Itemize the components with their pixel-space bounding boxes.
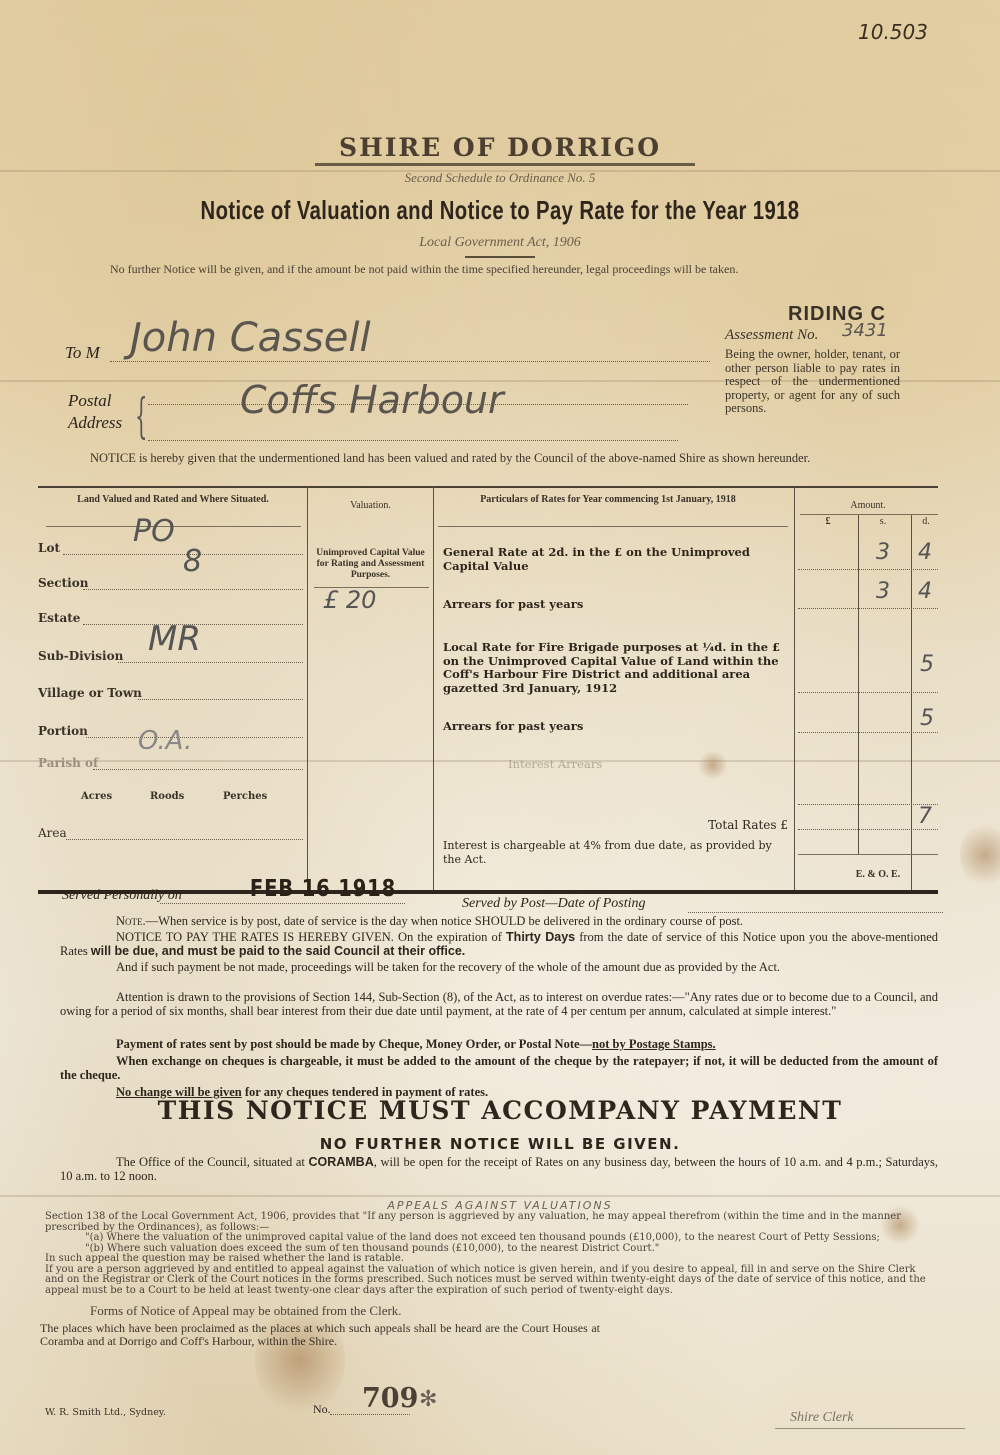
served-personally-label: Served Personally on xyxy=(62,888,182,904)
parish-line xyxy=(93,769,303,770)
ordinance-subtitle: Second Schedule to Ordinance No. 5 xyxy=(0,170,1000,186)
proceedings-paragraph: And if such payment be not made, proceed… xyxy=(60,960,938,974)
general-rate-label: General Rate at 2d. in the £ on the Unim… xyxy=(443,545,750,573)
fire-arrears-pence[interactable]: 5 xyxy=(920,706,934,731)
name-field-line xyxy=(110,361,710,362)
section-value[interactable]: 8 xyxy=(183,544,202,579)
roods-label: Roods xyxy=(150,791,184,802)
arrears-shillings[interactable]: 3 xyxy=(876,579,890,604)
asterisk-icon: ✻ xyxy=(419,1386,437,1412)
proceedings-text: And if such payment be not made, proceed… xyxy=(116,960,780,974)
perches-label: Perches xyxy=(223,791,267,802)
arrears-pence[interactable]: 4 xyxy=(918,579,932,604)
postal-label: Postal xyxy=(68,390,122,412)
header-particulars: Particulars of Rates for Year commencing… xyxy=(478,494,738,505)
signature-line xyxy=(775,1428,965,1429)
warning-text: No further Notice will be given, and if … xyxy=(60,262,920,276)
appeal-places: The places which have been proclaimed as… xyxy=(40,1322,600,1347)
valuation-value[interactable]: £ 20 xyxy=(323,586,376,614)
payment-post-text: Payment of rates sent by post should be … xyxy=(116,1037,592,1051)
village-label: Village or Town xyxy=(38,686,142,700)
date-of-posting-field[interactable] xyxy=(688,912,943,913)
address-line-2 xyxy=(148,440,678,441)
column-divider xyxy=(911,514,912,890)
portion-label: Portion xyxy=(38,724,88,738)
notice-to-pay-caps: NOTICE TO PAY THE RATES IS HEREBY GIVEN. xyxy=(116,930,394,944)
parish-label: Parish of xyxy=(38,756,98,770)
subdivision-label: Sub-Division xyxy=(38,649,123,663)
appeals-ratable: In such appeal the question may be raise… xyxy=(45,1254,930,1265)
attention-paragraph: Attention is drawn to the provisions of … xyxy=(60,990,938,1018)
notice-to-pay-bold: will be due, and must be paid to the sai… xyxy=(91,944,465,958)
service-note: Note.—When service is by post, date of s… xyxy=(60,914,938,928)
appeals-section-text: Section 138 of the Local Government Act,… xyxy=(45,1212,930,1233)
notice-given-text: NOTICE is hereby given that the undermen… xyxy=(60,451,940,465)
amount-row-line xyxy=(798,732,938,733)
office-text: The Office of the Council, situated at xyxy=(116,1155,305,1169)
area-label: Area xyxy=(38,826,67,840)
act-underline xyxy=(465,256,535,258)
column-divider xyxy=(858,514,859,854)
subdivision-value[interactable]: MR xyxy=(148,619,201,659)
title-underline xyxy=(315,163,695,166)
printer-credit: W. R. Smith Ltd., Sydney. xyxy=(45,1407,166,1418)
header-shillings: s. xyxy=(868,516,898,527)
appeals-aggrieved: If you are a person aggrieved by and ent… xyxy=(45,1265,930,1297)
acres-label: Acres xyxy=(81,791,112,802)
postal-address-label: Postal Address xyxy=(68,390,122,434)
column-divider xyxy=(433,486,434,890)
header-pence: d. xyxy=(916,516,936,527)
table-top-rule xyxy=(38,486,938,488)
office-hours-paragraph: The Office of the Council, situated at C… xyxy=(60,1155,938,1183)
estate-label: Estate xyxy=(38,611,80,625)
column-divider xyxy=(794,486,795,890)
interest-note: Interest is chargeable at 4% from due da… xyxy=(443,839,788,866)
interest-arrears-text: Interest Arrears xyxy=(508,758,708,772)
address-label: Address xyxy=(68,412,122,434)
header-rule xyxy=(800,514,938,515)
lot-value[interactable]: PO xyxy=(133,514,175,549)
owner-description: Being the owner, holder, tenant, or othe… xyxy=(725,348,900,416)
general-rate-shillings[interactable]: 3 xyxy=(876,540,890,565)
no-further-notice: NO FURTHER NOTICE WILL BE GIVEN. xyxy=(0,1135,1000,1153)
amount-row-line xyxy=(798,692,938,693)
assessment-number[interactable]: 3431 xyxy=(842,320,888,341)
appeals-section: Section 138 of the Local Government Act,… xyxy=(45,1212,930,1296)
number-line xyxy=(330,1414,410,1415)
area-line xyxy=(66,839,303,840)
payment-post-paragraph: Payment of rates sent by post should be … xyxy=(60,1037,938,1051)
notice-to-pay-text: On the expiration of xyxy=(398,930,502,944)
brace-icon: { xyxy=(135,388,147,444)
subdivision-line xyxy=(118,662,303,663)
header-amount: Amount. xyxy=(798,500,938,511)
amount-total-rule xyxy=(798,854,938,855)
fold-crease xyxy=(0,1195,1000,1197)
archive-number: 10.503 xyxy=(858,20,928,44)
forms-of-appeal: Forms of Notice of Appeal may be obtaine… xyxy=(90,1303,402,1319)
amount-row-line xyxy=(798,608,938,609)
portion-value[interactable]: O.A. xyxy=(138,726,192,756)
number-label: No. xyxy=(313,1402,331,1417)
appeals-clause-a: "(a) Where the valuation of the unimprov… xyxy=(45,1233,930,1244)
total-pence[interactable]: 7 xyxy=(918,804,932,829)
note-text: When service is by post, date of service… xyxy=(158,914,743,928)
office-place: CORAMBA xyxy=(308,1155,373,1169)
portion-line xyxy=(86,737,303,738)
notice-number: 709 xyxy=(362,1383,418,1414)
thirty-days: Thirty Days xyxy=(506,930,575,944)
attention-text: Attention is drawn to the provisions of … xyxy=(60,990,938,1018)
exchange-paragraph: When exchange on cheques is chargeable, … xyxy=(60,1054,938,1082)
amount-row-line xyxy=(798,569,938,570)
column-divider xyxy=(307,486,308,890)
date-stamp[interactable]: FEB 16 1918 xyxy=(250,876,396,902)
fire-arrears-text: Arrears for past years xyxy=(443,720,793,734)
amount-row-line xyxy=(798,804,938,805)
section-label: Section xyxy=(38,576,88,590)
total-rates-label: Total Rates £ xyxy=(678,819,788,833)
errors-omissions-excepted: E. & O. E. xyxy=(838,869,918,880)
addressee-name[interactable]: John Cassell xyxy=(130,315,371,361)
not-by-stamps: not by Postage Stamps. xyxy=(592,1037,716,1051)
amount-row-line xyxy=(798,829,938,830)
general-rate-pence[interactable]: 4 xyxy=(918,540,932,565)
village-line xyxy=(138,699,303,700)
lot-label: Lot xyxy=(38,541,60,555)
exchange-text: When exchange on cheques is chargeable, … xyxy=(60,1054,938,1082)
document-title: Notice of Valuation and Notice to Pay Ra… xyxy=(110,195,890,226)
arrears-text: Arrears for past years xyxy=(443,598,793,612)
valuation-description: Unimproved Capital Value for Rating and … xyxy=(313,548,428,581)
shire-clerk-signature: Shire Clerk xyxy=(790,1410,854,1426)
fire-rate-pence[interactable]: 5 xyxy=(920,652,934,677)
header-rule xyxy=(438,526,788,527)
act-reference: Local Government Act, 1906 xyxy=(0,235,1000,251)
must-accompany-banner: THIS NOTICE MUST ACCOMPANY PAYMENT xyxy=(0,1096,1000,1125)
assessment-label: Assessment No. xyxy=(725,327,818,344)
to-label: To M xyxy=(65,343,100,363)
served-by-post-label: Served by Post—Date of Posting xyxy=(462,896,646,912)
fire-brigade-rate-text: Local Rate for Fire Brigade purposes at … xyxy=(443,641,793,695)
notice-to-pay: NOTICE TO PAY THE RATES IS HEREBY GIVEN.… xyxy=(60,930,938,958)
section-line xyxy=(83,589,303,590)
header-land: Land Valued and Rated and Where Situated… xyxy=(58,494,288,505)
note-prefix: Note.— xyxy=(116,914,158,928)
header-valuation: Valuation. xyxy=(313,500,428,511)
header-pounds: £ xyxy=(813,516,843,527)
served-personally-line xyxy=(160,903,405,904)
general-rate-text: General Rate at 2d. in the £ on the Unim… xyxy=(443,546,793,573)
shire-title: SHIRE OF DORRIGO xyxy=(0,133,1000,162)
postal-address-value[interactable]: Coffs Harbour xyxy=(240,378,504,422)
valuation-table: Land Valued and Rated and Where Situated… xyxy=(38,486,938,893)
